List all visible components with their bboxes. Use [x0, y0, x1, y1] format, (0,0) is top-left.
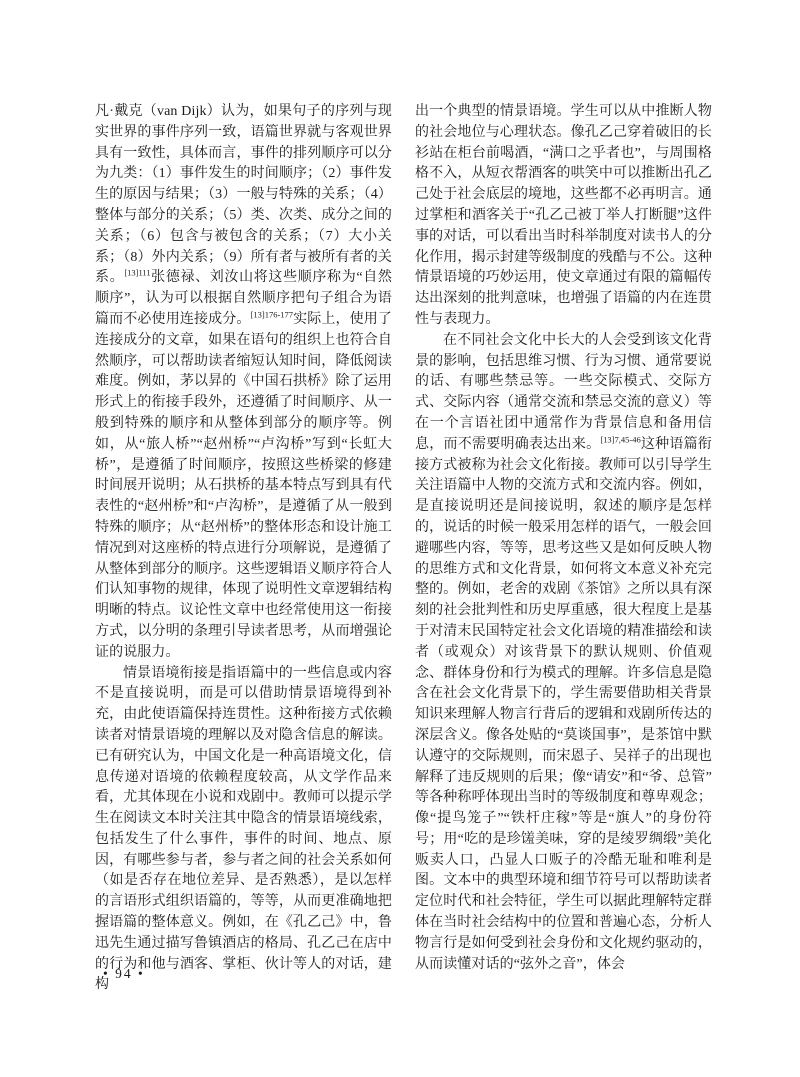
body-text: 凡·戴克（van Dijk）认为，如果句子的序列与现实世界的事件序列一致，语篇世…	[95, 104, 392, 285]
document-page: 凡·戴克（van Dijk）认为，如果句子的序列与现实世界的事件序列一致，语篇世…	[0, 0, 800, 1077]
body-text: 实际上，使用了连接成分的文章，如果在语句的组织上也符合自然顺序，可以帮助读者缩短…	[95, 312, 392, 660]
citation-ref: [13]7,45-46	[600, 434, 640, 444]
paragraph: 出一个典型的情景语境。学生可以从中推断人物的社会地位与心理状态。像孔乙己穿着破旧…	[415, 102, 712, 331]
page-number: • 94 •	[103, 966, 145, 981]
page-footer: • 94 •	[103, 966, 145, 982]
right-column: 出一个典型的情景语境。学生可以从中推断人物的社会地位与心理状态。像孔乙己穿着破旧…	[415, 102, 712, 996]
body-text: 情景语境衔接是指语篇中的一些信息或内容不是直接说明，而是可以借助情景语境得到补充…	[95, 666, 392, 993]
citation-ref: [13]111	[124, 268, 150, 278]
paragraph: 在不同社会文化中长大的人会受到该文化背景的影响，包括思维习惯、行为习惯、通常要说…	[415, 331, 712, 976]
paragraph: 凡·戴克（van Dijk）认为，如果句子的序列与现实世界的事件序列一致，语篇世…	[95, 102, 392, 664]
body-text: 出一个典型的情景语境。学生可以从中推断人物的社会地位与心理状态。像孔乙己穿着破旧…	[415, 104, 712, 327]
citation-ref: [13]176-177	[251, 309, 294, 319]
two-column-layout: 凡·戴克（van Dijk）认为，如果句子的序列与现实世界的事件序列一致，语篇世…	[95, 102, 712, 996]
body-text: 在不同社会文化中长大的人会受到该文化背景的影响，包括思维习惯、行为习惯、通常要说…	[415, 333, 712, 452]
left-column: 凡·戴克（van Dijk）认为，如果句子的序列与现实世界的事件序列一致，语篇世…	[95, 102, 392, 996]
body-text: 这种语篇衔接方式被称为社会文化衔接。教师可以引导学生关注语篇中人物的交流方式和交…	[415, 437, 712, 972]
paragraph: 情景语境衔接是指语篇中的一些信息或内容不是直接说明，而是可以借助情景语境得到补充…	[95, 664, 392, 997]
